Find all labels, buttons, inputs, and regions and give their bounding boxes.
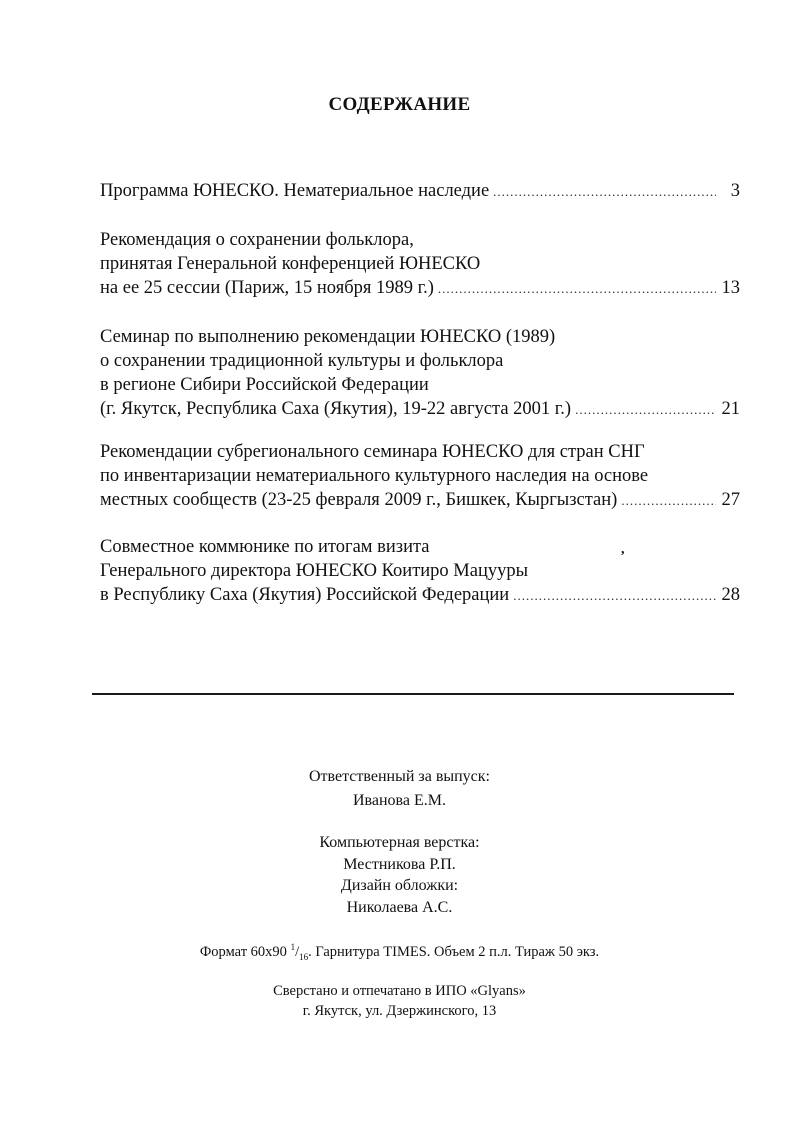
dot-leader (438, 277, 716, 301)
cover-design-name: Николаева А.С. (0, 899, 799, 917)
toc-entry: Совместное коммюнике по итогам визита Ге… (100, 535, 740, 607)
toc-entry-last-line: (г. Якутск, Республика Саха (Якутия), 19… (100, 397, 740, 421)
address-line: г. Якутск, ул. Дзержинского, 13 (0, 1003, 799, 1020)
toc-entry-text: Рекомендации субрегионального семинара Ю… (100, 440, 740, 464)
toc-page-number: 21 (722, 397, 741, 421)
format-prefix: Формат 60х90 (200, 944, 291, 960)
fraction-numerator: 1 (291, 942, 296, 952)
layout-label: Компьютерная верстка: (0, 834, 799, 852)
toc-entry-text: по инвентаризации нематериального культу… (100, 464, 740, 488)
toc-entry-text: Совместное коммюнике по итогам визита (100, 535, 740, 559)
dot-leader (621, 489, 715, 513)
dot-leader (513, 584, 715, 608)
toc-entry-last-line: местных сообществ (23-25 февраля 2009 г.… (100, 488, 740, 512)
toc-entry: Семинар по выполнению рекомендации ЮНЕСК… (100, 325, 740, 421)
toc-entry-text: принятая Генеральной конференцией ЮНЕСКО (100, 252, 740, 276)
toc-entry-text: Генерального директора ЮНЕСКО Коитиро Ма… (100, 559, 740, 583)
page-title: СОДЕРЖАНИЕ (0, 94, 799, 116)
format-fraction: 1/16 (291, 944, 309, 960)
toc-entry: Программа ЮНЕСКО. Нематериальное наследи… (100, 179, 740, 203)
cover-design-label: Дизайн обложки: (0, 877, 799, 895)
toc-entry-text: Программа ЮНЕСКО. Нематериальное наследи… (100, 179, 489, 203)
toc-entry-text: в регионе Сибири Российской Федерации (100, 373, 740, 397)
layout-name: Местникова Р.П. (0, 856, 799, 874)
toc-page-number: 3 (722, 179, 740, 203)
toc-entry-text: местных сообществ (23-25 февраля 2009 г.… (100, 488, 617, 512)
dot-leader (493, 180, 716, 204)
toc-entry-text: (г. Якутск, Республика Саха (Якутия), 19… (100, 397, 571, 421)
toc-entry-text: Рекомендация о сохранении фольклора, (100, 228, 740, 252)
format-line: Формат 60х90 1/16. Гарнитура TIMES. Объе… (0, 942, 799, 962)
responsible-name: Иванова Е.М. (0, 792, 799, 810)
toc-page-number: 28 (722, 583, 741, 607)
format-suffix: . Гарнитура TIMES. Объем 2 п.л. Тираж 50… (308, 944, 599, 960)
horizontal-rule (92, 693, 734, 695)
toc-entry-last-line: на ее 25 сессии (Париж, 15 ноября 1989 г… (100, 276, 740, 300)
toc-page-number: 13 (722, 276, 741, 300)
toc-entry: Рекомендации субрегионального семинара Ю… (100, 440, 740, 512)
toc-entry-text: о сохранении традиционной культуры и фол… (100, 349, 740, 373)
toc-page-number: 27 (722, 488, 741, 512)
responsible-label: Ответственный за выпуск: (0, 768, 799, 786)
fraction-denominator: 16 (299, 952, 308, 962)
toc-entry-last-line: в Республику Саха (Якутия) Российской Фе… (100, 583, 740, 607)
toc-entry-text: на ее 25 сессии (Париж, 15 ноября 1989 г… (100, 276, 434, 300)
dot-leader (575, 398, 715, 422)
stray-print-mark: , (621, 542, 625, 558)
printed-line: Сверстано и отпечатано в ИПО «Glyans» (0, 983, 799, 1000)
toc-entry: Рекомендация о сохранении фольклора, при… (100, 228, 740, 300)
toc-entry-last-line: Программа ЮНЕСКО. Нематериальное наследи… (100, 179, 740, 203)
toc-entry-text: в Республику Саха (Якутия) Российской Фе… (100, 583, 509, 607)
toc-entry-text: Семинар по выполнению рекомендации ЮНЕСК… (100, 325, 740, 349)
